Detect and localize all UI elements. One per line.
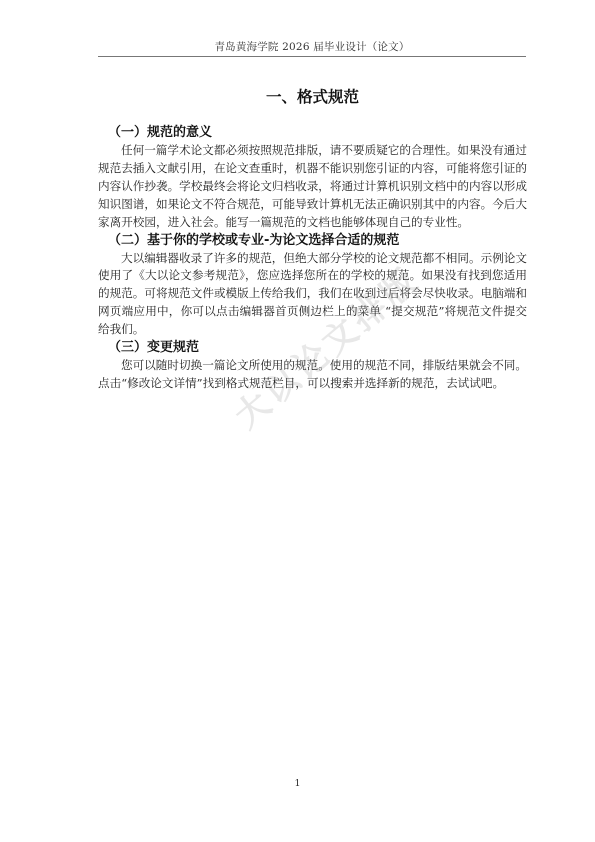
section-title: （二）基于你的学校或专业-为论文选择合适的规范 bbox=[98, 232, 527, 250]
chapter-title: 一、格式规范 bbox=[98, 86, 527, 108]
section-significance: （一）规范的意义 任何一篇学术论文都必须按照规范排版，请不要质疑它的合理性。如果… bbox=[98, 124, 527, 232]
section-change-spec: （三）变更规范 您可以随时切换一篇论文所使用的规范。使用的规范不同，排版结果就会… bbox=[98, 339, 527, 393]
section-paragraph: 大以编辑器收录了许多的规范，但绝大部分学校的论文规范都不相同。示例论文使用了《大… bbox=[98, 250, 527, 340]
section-paragraph: 您可以随时切换一篇论文所使用的规范。使用的规范不同，排版结果就会不同。点击“修改… bbox=[98, 357, 527, 393]
page-content: 一、格式规范 （一）规范的意义 任何一篇学术论文都必须按照规范排版，请不要质疑它… bbox=[98, 86, 527, 393]
header-rule bbox=[98, 56, 526, 57]
section-title: （一）规范的意义 bbox=[98, 124, 527, 142]
section-title: （三）变更规范 bbox=[98, 339, 527, 357]
page-number: 1 bbox=[0, 778, 595, 789]
section-paragraph: 任何一篇学术论文都必须按照规范排版，请不要质疑它的合理性。如果没有通过规范去插入… bbox=[98, 142, 527, 232]
section-choose-spec: （二）基于你的学校或专业-为论文选择合适的规范 大以编辑器收录了许多的规范，但绝… bbox=[98, 232, 527, 340]
document-page: 青岛黄海学院 2026 届毕业设计（论文） 一、格式规范 （一）规范的意义 任何… bbox=[0, 0, 595, 842]
running-header: 青岛黄海学院 2026 届毕业设计（论文） bbox=[98, 40, 526, 54]
